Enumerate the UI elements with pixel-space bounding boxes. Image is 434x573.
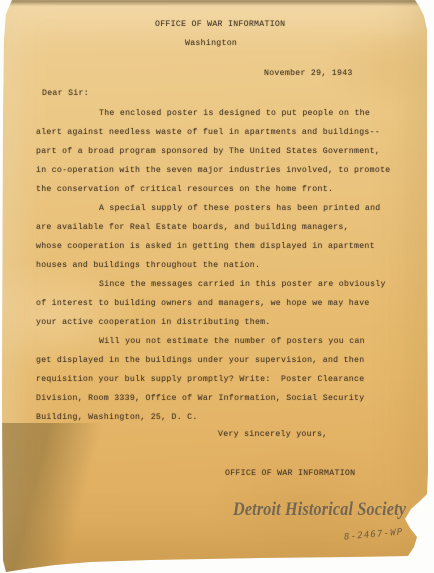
paragraph-2: A special supply of these posters has be… xyxy=(36,199,434,275)
letterhead-city: Washington xyxy=(185,40,237,48)
letter-paper: OFFICE OF WAR INFORMATION Washington Nov… xyxy=(0,0,434,573)
paper-top-edge-shadow xyxy=(10,0,420,6)
closing-line: Very sincerely yours, xyxy=(218,431,327,439)
scanned-letter: OFFICE OF WAR INFORMATION Washington Nov… xyxy=(0,0,434,573)
paragraph-4: Will you not estimate the number of post… xyxy=(36,332,434,427)
signature-org: OFFICE OF WAR INFORMATION xyxy=(225,470,355,478)
paragraph-3: Since the messages carried in this poste… xyxy=(36,275,434,332)
letter-date: November 29, 1943 xyxy=(264,70,353,78)
letterhead-org: OFFICE OF WAR INFORMATION xyxy=(155,21,285,29)
paper-corner-stain xyxy=(0,423,140,573)
letter-body: The enclosed poster is designed to put p… xyxy=(36,104,434,427)
archive-watermark: Detroit Historical Society xyxy=(233,499,406,521)
catalog-number-handwritten: 8-2467-WP xyxy=(344,527,404,542)
paragraph-1: The enclosed poster is designed to put p… xyxy=(36,104,434,199)
salutation: Dear Sir: xyxy=(42,90,89,98)
